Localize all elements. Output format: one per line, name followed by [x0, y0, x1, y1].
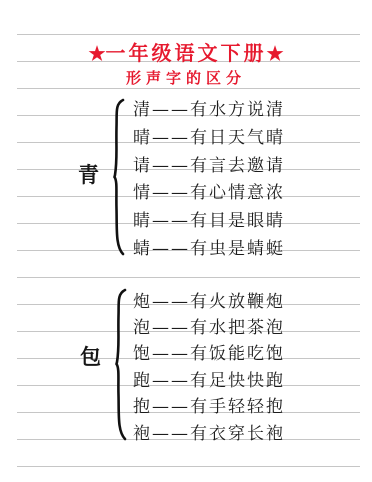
- list-item: 清——有水方说清: [133, 94, 285, 122]
- list-item: 泡——有水把茶泡: [133, 312, 285, 338]
- list-item: 情——有心情意浓: [133, 177, 285, 205]
- brace-icon: [110, 287, 130, 442]
- list-item: 饱——有饭能吃饱: [133, 339, 285, 365]
- base-character: 包: [80, 341, 101, 371]
- list-item: 炮——有火放鞭炮: [133, 286, 285, 312]
- item-list: 炮——有火放鞭炮 泡——有水把茶泡 饱——有饭能吃饱 跑——有足快快跑 抱——有…: [133, 286, 285, 444]
- list-item: 睛——有目是眼睛: [133, 205, 285, 233]
- page-title-text: 一年级语文下册: [106, 41, 267, 65]
- page-subtitle: 形声字的区分: [0, 67, 372, 88]
- list-item: 晴——有日天气晴: [133, 122, 285, 150]
- page-title: ★一年级语文下册★: [0, 37, 372, 66]
- item-list: 清——有水方说清 晴——有日天气晴 请——有言去邀请 情——有心情意浓 睛——有…: [133, 94, 285, 260]
- list-item: 袍——有衣穿长袍: [133, 418, 285, 444]
- star-icon: ★: [267, 43, 284, 65]
- list-item: 蜻——有虫是蜻蜓: [133, 232, 285, 260]
- brace-icon: [108, 97, 128, 257]
- star-icon: ★: [88, 43, 105, 65]
- base-character: 青: [78, 159, 99, 189]
- notebook-page: ★一年级语文下册★ 形声字的区分 青 清——有水方说清 晴——有日天气晴 请——…: [0, 0, 372, 482]
- list-item: 请——有言去邀请: [133, 149, 285, 177]
- list-item: 跑——有足快快跑: [133, 365, 285, 391]
- list-item: 抱——有手轻轻抱: [133, 392, 285, 418]
